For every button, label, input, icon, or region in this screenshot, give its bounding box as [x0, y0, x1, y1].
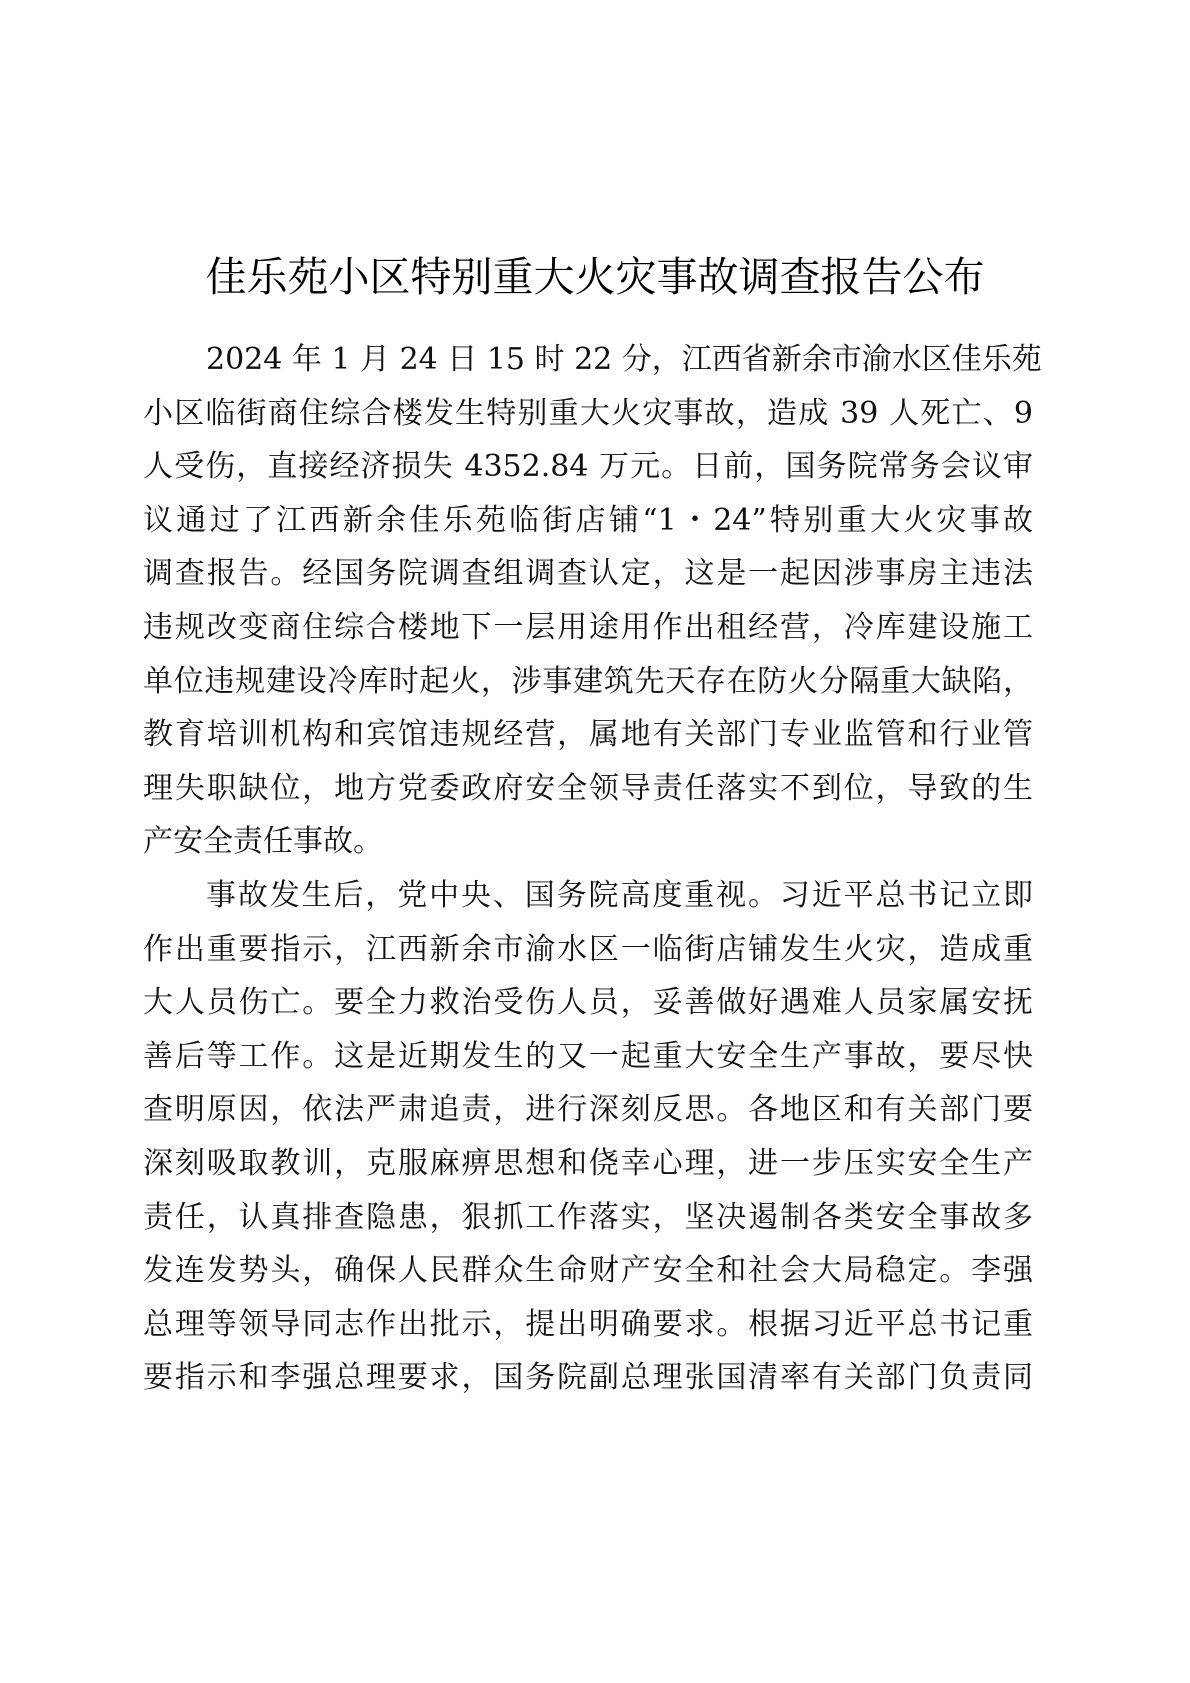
- text-line: 作出重要指示，江西新余市渝水区一临街店铺发生火灾，造成重: [143, 923, 1033, 977]
- text-line: 深刻吸取教训，克服麻痹思想和侥幸心理，进一步压实安全生产: [143, 1137, 1033, 1191]
- text-line: 责任，认真排查隐患，狠抓工作落实，坚决遏制各类安全事故多: [143, 1191, 1033, 1245]
- text-line: 2024 年 1 月 24 日 15 时 22 分，江西省新余市渝水区佳乐苑: [143, 333, 1033, 387]
- text-line: 产安全责任事故。: [143, 815, 1033, 869]
- text-line: 要指示和李强总理要求，国务院副总理张国清率有关部门负责同: [143, 1351, 1033, 1405]
- text-line: 总理等领导同志作出批示，提出明确要求。根据习近平总书记重: [143, 1298, 1033, 1352]
- text-line: 大人员伤亡。要全力救治受伤人员，妥善做好遇难人员家属安抚: [143, 976, 1033, 1030]
- text-line: 议通过了江西新余佳乐苑临街店铺“1・24”特别重大火灾事故: [143, 494, 1033, 548]
- text-line: 教育培训机构和宾馆违规经营，属地有关部门专业监管和行业管: [143, 708, 1033, 762]
- document-page: 佳乐苑小区特别重大火灾事故调查报告公布 2024 年 1 月 24 日 15 时…: [0, 0, 1190, 1683]
- text-line: 发连发势头，确保人民群众生命财产安全和社会大局稳定。李强: [143, 1244, 1033, 1298]
- text-line: 违规改变商住综合楼地下一层用途用作出租经营，冷库建设施工: [143, 601, 1033, 655]
- document-body: 2024 年 1 月 24 日 15 时 22 分，江西省新余市渝水区佳乐苑 小…: [143, 333, 1033, 1405]
- text-line: 事故发生后，党中央、国务院高度重视。习近平总书记立即: [143, 869, 1033, 923]
- text-line: 人受伤，直接经济损失 4352.84 万元。日前，国务院常务会议审: [143, 440, 1033, 494]
- text-line: 调查报告。经国务院调查组调查认定，这是一起因涉事房主违法: [143, 547, 1033, 601]
- text-line: 善后等工作。这是近期发生的又一起重大安全生产事故，要尽快: [143, 1030, 1033, 1084]
- document-title: 佳乐苑小区特别重大火灾事故调查报告公布: [0, 249, 1190, 305]
- text-line: 小区临街商住综合楼发生特别重大火灾事故，造成 39 人死亡、9: [143, 387, 1033, 441]
- text-line: 单位违规建设冷库时起火，涉事建筑先天存在防火分隔重大缺陷，: [143, 655, 1033, 709]
- text-line: 查明原因，依法严肃追责，进行深刻反思。各地区和有关部门要: [143, 1083, 1033, 1137]
- text-line: 理失职缺位，地方党委政府安全领导责任落实不到位，导致的生: [143, 762, 1033, 816]
- paragraph-2: 事故发生后，党中央、国务院高度重视。习近平总书记立即 作出重要指示，江西新余市渝…: [143, 869, 1033, 1405]
- paragraph-1: 2024 年 1 月 24 日 15 时 22 分，江西省新余市渝水区佳乐苑 小…: [143, 333, 1033, 869]
